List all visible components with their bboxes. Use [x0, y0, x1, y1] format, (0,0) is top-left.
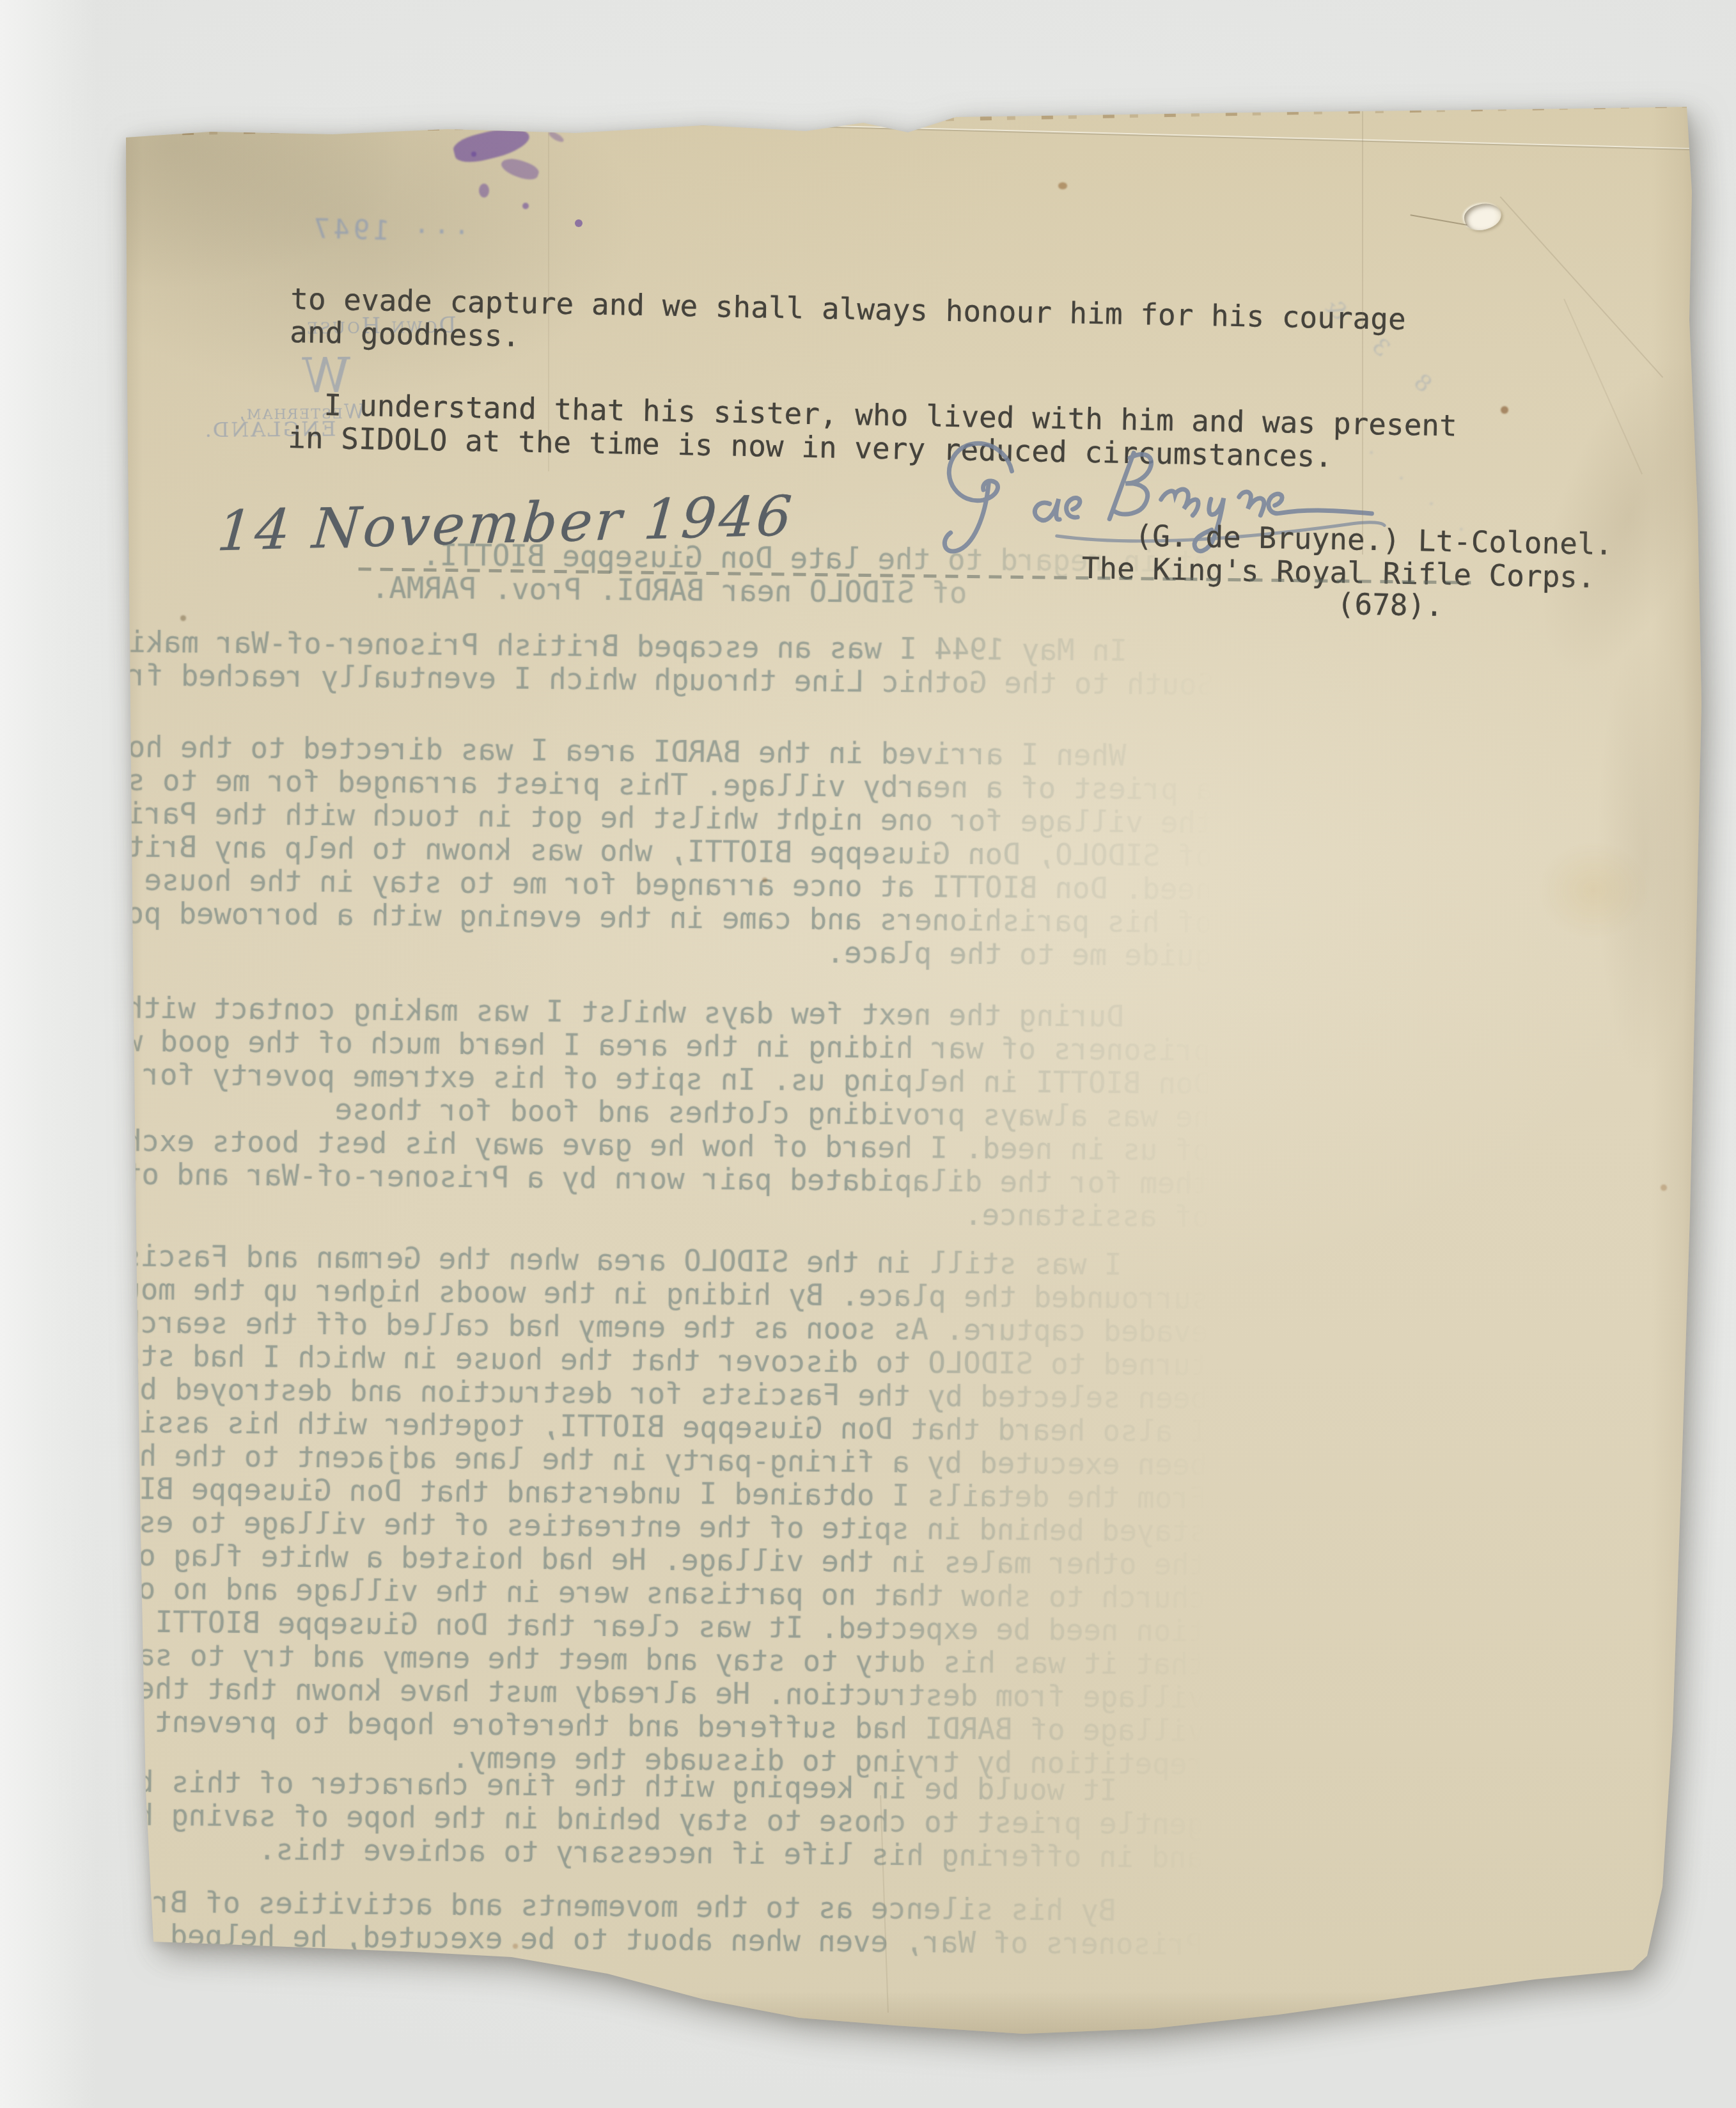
ink-stain [479, 184, 489, 198]
vertical-crease [1362, 107, 1363, 555]
foxing-spot [762, 877, 767, 883]
ink-stain [522, 203, 529, 209]
ink-stain [575, 219, 583, 227]
paper-tear [1411, 214, 1467, 226]
ink-stain [471, 152, 476, 157]
vertical-crease [548, 113, 549, 471]
corner-crease [1563, 299, 1643, 475]
artifact-layer [126, 107, 1704, 2036]
ink-stain [499, 155, 540, 184]
foxing-stain [1539, 842, 1648, 938]
paper-shadow-wrap: ··· 1947 Down House. W Westerham, ENGLAN… [0, 0, 1736, 2108]
foxing-spot [1661, 1184, 1667, 1191]
foxing-spot [513, 1944, 518, 1949]
paper-hole [1462, 200, 1504, 234]
edge-shading [1652, 107, 1704, 2036]
top-edge-discoloration [126, 107, 1700, 136]
scan-background: ··· 1947 Down House. W Westerham, ENGLAN… [0, 0, 1736, 2108]
vertical-crease [880, 1795, 889, 2013]
edge-shading [126, 107, 143, 2036]
edge-shading [126, 1991, 1704, 2036]
fold-crease [126, 108, 1704, 151]
foxing-spot [180, 615, 186, 621]
ink-stain [547, 130, 565, 144]
corner-crease [1500, 196, 1664, 378]
letter-page: ··· 1947 Down House. W Westerham, ENGLAN… [126, 107, 1704, 2036]
foxing-spot [1501, 406, 1508, 414]
foxing-spot [1058, 182, 1067, 189]
